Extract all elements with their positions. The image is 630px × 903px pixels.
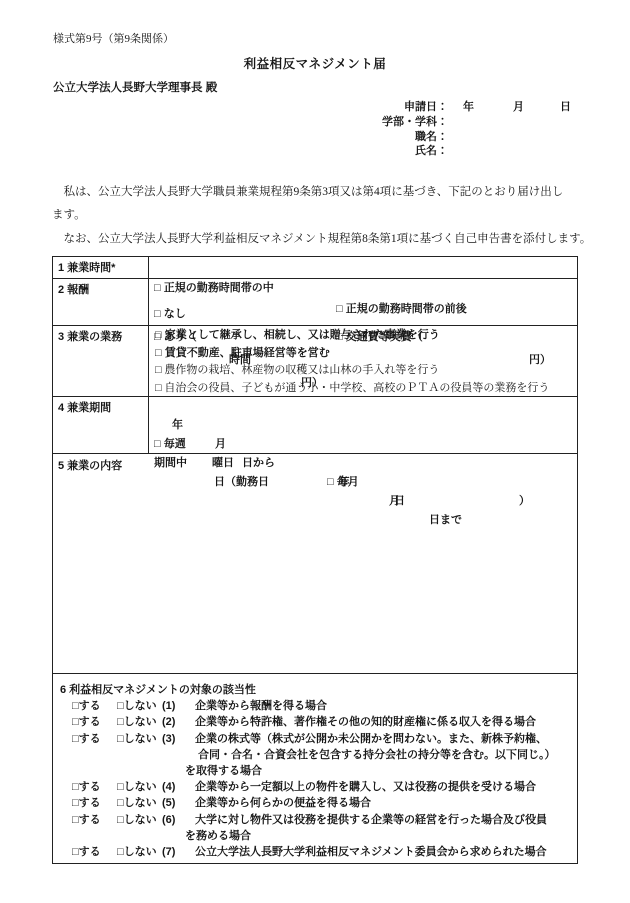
checkbox-applies: □する [72, 698, 117, 714]
form-page: 様式第9号（第9条関係） 利益相反マネジメント届 公立大学法人長野大学理事長 殿… [0, 0, 630, 903]
name-line: 氏名： [52, 144, 578, 159]
checkbox-applies: □する [72, 714, 117, 730]
year-label: 年 [463, 100, 474, 115]
row-business-type: 3 兼業の業務 □ 家業として継承し、相続し、又は贈与された事業を行う □ 賃貸… [53, 325, 577, 396]
row-business-period-content: 年 月 日から 年 月 日まで □ 毎週 曜日 □ 毎月 日 期間中 日（勤務日… [149, 397, 577, 453]
coi-item-6: □する □しない (6) 大学に対し物件又は役務を提供する企業等の経営を行った場… [60, 812, 577, 828]
checkbox-not-applies: □しない [117, 779, 162, 795]
coi-item-1-number: (1) [162, 698, 195, 714]
checkbox-rental-property: □ 賃貸不動産、駐車場経営等を営む [149, 345, 577, 363]
row-work-hours: 1 兼業時間* □ 正規の勤務時間帯の中 □ 正規の勤務時間帯の前後 [53, 257, 577, 278]
row-business-type-content: □ 家業として継承し、相続し、又は贈与された事業を行う □ 賃貸不動産、駐車場経… [149, 326, 577, 396]
row-business-period-label: 4 兼業期間 [53, 397, 149, 453]
checkbox-not-applies: □しない [117, 844, 162, 860]
coi-item-3-number: (3) [162, 731, 195, 747]
addressee: 公立大学法人長野大学理事長 殿 [53, 79, 217, 95]
coi-item-2: □する □しない (2) 企業等から特許権、著作権その他の知的財産権に係る収入を… [60, 714, 577, 730]
application-date-label: 申請日： [404, 100, 448, 115]
checkbox-family-business: □ 家業として継承し、相続し、又は贈与された事業を行う [149, 327, 577, 345]
coi-item-4: □する □しない (4) 企業等から一定額以上の物件を購入し、又は役務の提供を受… [60, 779, 577, 795]
coi-item-1: □する □しない (1) 企業等から報酬を得る場合 [60, 698, 577, 714]
coi-item-5-number: (5) [162, 795, 195, 811]
checkbox-applies: □する [72, 844, 117, 860]
coi-item-3-text: 企業の株式等（株式が公開か未公開かを問わない。また、新株予約権、 [195, 731, 547, 747]
row-business-details: 5 兼業の内容 [53, 453, 577, 673]
coi-item-5: □する □しない (5) 企業等から何らかの便益を得る場合 [60, 795, 577, 811]
coi-heading: 6 利益相反マネジメントの対象の該当性 [60, 682, 577, 698]
row-coi-applicability: 6 利益相反マネジメントの対象の該当性 □する □しない (1) 企業等から報酬… [53, 673, 577, 863]
coi-item-2-number: (2) [162, 714, 195, 730]
checkbox-applies: □する [72, 779, 117, 795]
day-label: 日 [560, 100, 571, 115]
checkbox-not-applies: □しない [117, 731, 162, 747]
coi-item-4-text: 企業等から一定額以上の物件を購入し、又は役務の提供を受ける場合 [195, 779, 536, 795]
application-date-line: 申請日： 年 月 日 [52, 100, 578, 115]
coi-item-7: □する □しない (7) 公立大学法人長野大学利益相反マネジメント委員会から求め… [60, 844, 577, 860]
row-remuneration-content: □ なし □ 交通費等実費（ 円） □ あり（ 時間 円） [149, 279, 577, 325]
checkbox-applies: □する [72, 795, 117, 811]
checkbox-not-applies: □しない [117, 698, 162, 714]
applicant-block: 申請日： 年 月 日 学部・学科： 職名： 氏名： [52, 100, 578, 159]
row-work-hours-label: 1 兼業時間* [53, 257, 149, 278]
paragraph-2: なお、公立大学法人長野大学利益相反マネジメント規程第8条第1項に基づく自己申告書… [52, 228, 579, 251]
coi-item-3-continuation-1: 合同・合名・合資会社を包含する持分会社の持分等を含む。以下同じ。） [60, 747, 577, 763]
checkbox-not-applies: □しない [117, 812, 162, 828]
coi-item-2-text: 企業等から特許権、著作権その他の知的財産権に係る収入を得る場合 [195, 714, 536, 730]
coi-item-7-text: 公立大学法人長野大学利益相反マネジメント委員会から求められた場合 [195, 844, 547, 860]
row-coi-applicability-content: 6 利益相反マネジメントの対象の該当性 □する □しない (1) 企業等から報酬… [53, 674, 577, 863]
position-line: 職名： [52, 130, 578, 145]
department-label: 学部・学科： [382, 115, 448, 130]
month-label: 月 [513, 100, 524, 115]
checkbox-community-roles: □ 自治会の役員、子どもが通う小・中学校、高校のＰＴＡの役員等の業務を行う [149, 380, 577, 398]
checkbox-farming: □ 農作物の栽培、林産物の収穫又は山林の手入れ等を行う [149, 362, 577, 380]
row-business-details-label: 5 兼業の内容 [53, 454, 577, 673]
row-remuneration-label: 2 報酬 [53, 279, 149, 325]
row-business-type-label: 3 兼業の業務 [53, 326, 149, 396]
checkbox-not-applies: □しない [117, 714, 162, 730]
coi-item-6-number: (6) [162, 812, 195, 828]
checkbox-not-applies: □しない [117, 795, 162, 811]
paragraph-1-line-2: ます。 [52, 204, 579, 227]
coi-item-5-text: 企業等から何らかの便益を得る場合 [195, 795, 371, 811]
position-label: 職名： [415, 130, 448, 145]
coi-item-6-continuation: を務める場合 [60, 828, 577, 844]
coi-item-3-continuation-2: を取得する場合 [60, 763, 577, 779]
row-remuneration: 2 報酬 □ なし □ 交通費等実費（ 円） □ あり（ 時間 円） [53, 278, 577, 325]
row-work-hours-content: □ 正規の勤務時間帯の中 □ 正規の勤務時間帯の前後 [149, 257, 577, 278]
checkbox-applies: □する [72, 731, 117, 747]
coi-item-7-number: (7) [162, 844, 195, 860]
coi-item-6-text: 大学に対し物件又は役務を提供する企業等の経営を行った場合及び役員 [195, 812, 547, 828]
document-title: 利益相反マネジメント届 [0, 54, 630, 72]
coi-item-4-number: (4) [162, 779, 195, 795]
row-business-period: 4 兼業期間 年 月 日から 年 月 日まで □ 毎週 曜日 □ 毎月 日 [53, 396, 577, 453]
name-label: 氏名： [415, 144, 448, 159]
coi-item-3: □する □しない (3) 企業の株式等（株式が公開か未公開かを問わない。また、新… [60, 731, 577, 747]
body-paragraphs: 私は、公立大学法人長野大学職員兼業規程第9条第3項又は第4項に基づき、下記のとお… [52, 181, 579, 251]
form-table: 1 兼業時間* □ 正規の勤務時間帯の中 □ 正規の勤務時間帯の前後 2 報酬 … [52, 256, 578, 864]
form-number: 様式第9号（第9条関係） [53, 30, 174, 46]
paragraph-1-line-1: 私は、公立大学法人長野大学職員兼業規程第9条第3項又は第4項に基づき、下記のとお… [52, 181, 579, 204]
coi-item-1-text: 企業等から報酬を得る場合 [195, 698, 327, 714]
checkbox-applies: □する [72, 812, 117, 828]
department-line: 学部・学科： [52, 115, 578, 130]
